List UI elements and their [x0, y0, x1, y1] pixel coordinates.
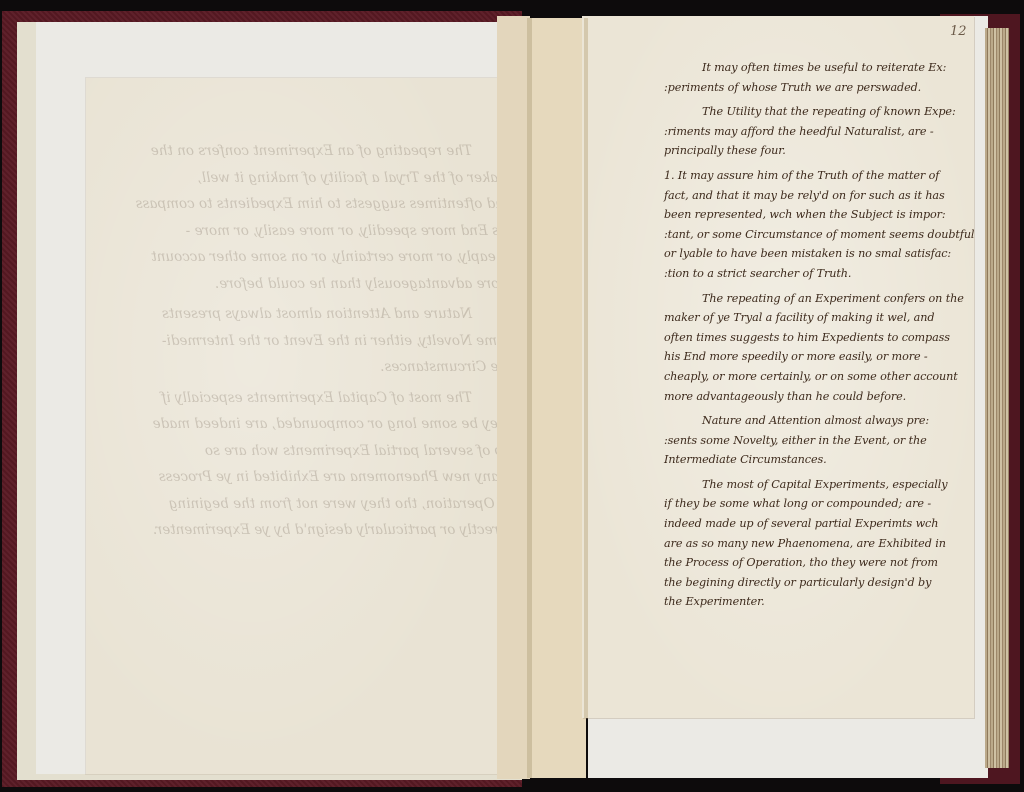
paragraph: The repeating of an Experiment confers o…: [664, 289, 982, 407]
text-line: more advantageously than he could before…: [664, 387, 982, 407]
paragraph: The most of Capital Experiments, especia…: [664, 475, 982, 612]
paragraph: It may often times be useful to reiterat…: [664, 58, 982, 97]
text-line: are as so many new Phaenomena, are Exhib…: [664, 534, 982, 554]
show-through-line: ate Circumstances.: [380, 359, 512, 375]
text-line: The Utility that the repeating of known …: [664, 102, 982, 122]
show-through-line: Maker of the Tryal a facility of making …: [198, 170, 512, 186]
show-through-line: up of several partial Experiments wch ar…: [205, 443, 512, 459]
show-through-line: of Operation, tho they were not from the…: [169, 496, 512, 512]
text-line: the Process of Operation, tho they were …: [664, 553, 982, 573]
text-line: :sents some Novelty, either in the Event…: [664, 431, 982, 451]
text-line: Intermediate Circumstances.: [664, 450, 982, 470]
show-through-line: cheaply, or more certainly, or on some o…: [151, 249, 512, 265]
show-through-line: Nature and Attention almost always prese…: [162, 306, 472, 322]
gutter-shadow: [584, 18, 588, 718]
text-line: 1. It may assure him of the Truth of the…: [664, 166, 982, 186]
manuscript-text: It may often times be useful to reiterat…: [664, 58, 982, 617]
show-through-line: they be some long or compounded, are ind…: [153, 416, 512, 432]
show-through-line: The repeating of an Experiment confers o…: [151, 143, 472, 159]
paragraph: Nature and Attention almost always pre: …: [664, 411, 982, 470]
text-line: often times suggests to him Expedients t…: [664, 328, 982, 348]
text-line: the begining directly or particularly de…: [664, 573, 982, 593]
show-through-line: directly or particularly design'd by ye …: [153, 522, 512, 538]
page-block-fore-edge: [985, 28, 1009, 768]
text-line: been represented, wch when the Subject i…: [664, 205, 982, 225]
show-through-line: his End more speedily, or more easily, o…: [186, 223, 512, 239]
text-line: :riments may afford the heedful Naturali…: [664, 122, 982, 142]
show-through-line: many new Phaenomena are Exhibited in ye …: [159, 469, 512, 485]
text-line: principally these four.: [664, 141, 982, 161]
text-line: if they be some what long or compounded;…: [664, 494, 982, 514]
text-line: Nature and Attention almost always pre:: [664, 411, 982, 431]
text-line: or lyable to have been mistaken is no sm…: [664, 244, 982, 264]
text-line: :periments of whose Truth we are perswad…: [664, 78, 982, 98]
paragraph: 1. It may assure him of the Truth of the…: [664, 166, 982, 284]
gutter-stub: [497, 16, 530, 779]
text-line: :tant, or some Circumstance of moment se…: [664, 225, 982, 245]
text-line: cheaply, or more certainly, or on some o…: [664, 367, 982, 387]
show-through-text: The repeating of an Experiment confers o…: [92, 138, 512, 548]
text-line: the Experimenter.: [664, 592, 982, 612]
text-line: indeed made up of several partial Experi…: [664, 514, 982, 534]
folio-number: 12: [950, 24, 967, 39]
gutter-stub: [532, 18, 586, 778]
text-line: The repeating of an Experiment confers o…: [664, 289, 982, 309]
text-line: :tion to a strict searcher of Truth.: [664, 264, 982, 284]
text-line: fact, and that it may be rely'd on for s…: [664, 186, 982, 206]
text-line: maker of ye Tryal a facility of making i…: [664, 308, 982, 328]
show-through-line: and oftentimes suggests to him Expedient…: [136, 196, 512, 212]
show-through-line: The most of Capital Experiments especial…: [161, 390, 472, 406]
text-line: It may often times be useful to reiterat…: [664, 58, 982, 78]
text-line: his End more speedily or more easily, or…: [664, 347, 982, 367]
show-through-line: more advantageously than he could before…: [215, 276, 512, 292]
show-through-line: some Novelty, either in the Event or the…: [162, 333, 512, 349]
text-line: The most of Capital Experiments, especia…: [664, 475, 982, 495]
paragraph: The Utility that the repeating of known …: [664, 102, 982, 161]
